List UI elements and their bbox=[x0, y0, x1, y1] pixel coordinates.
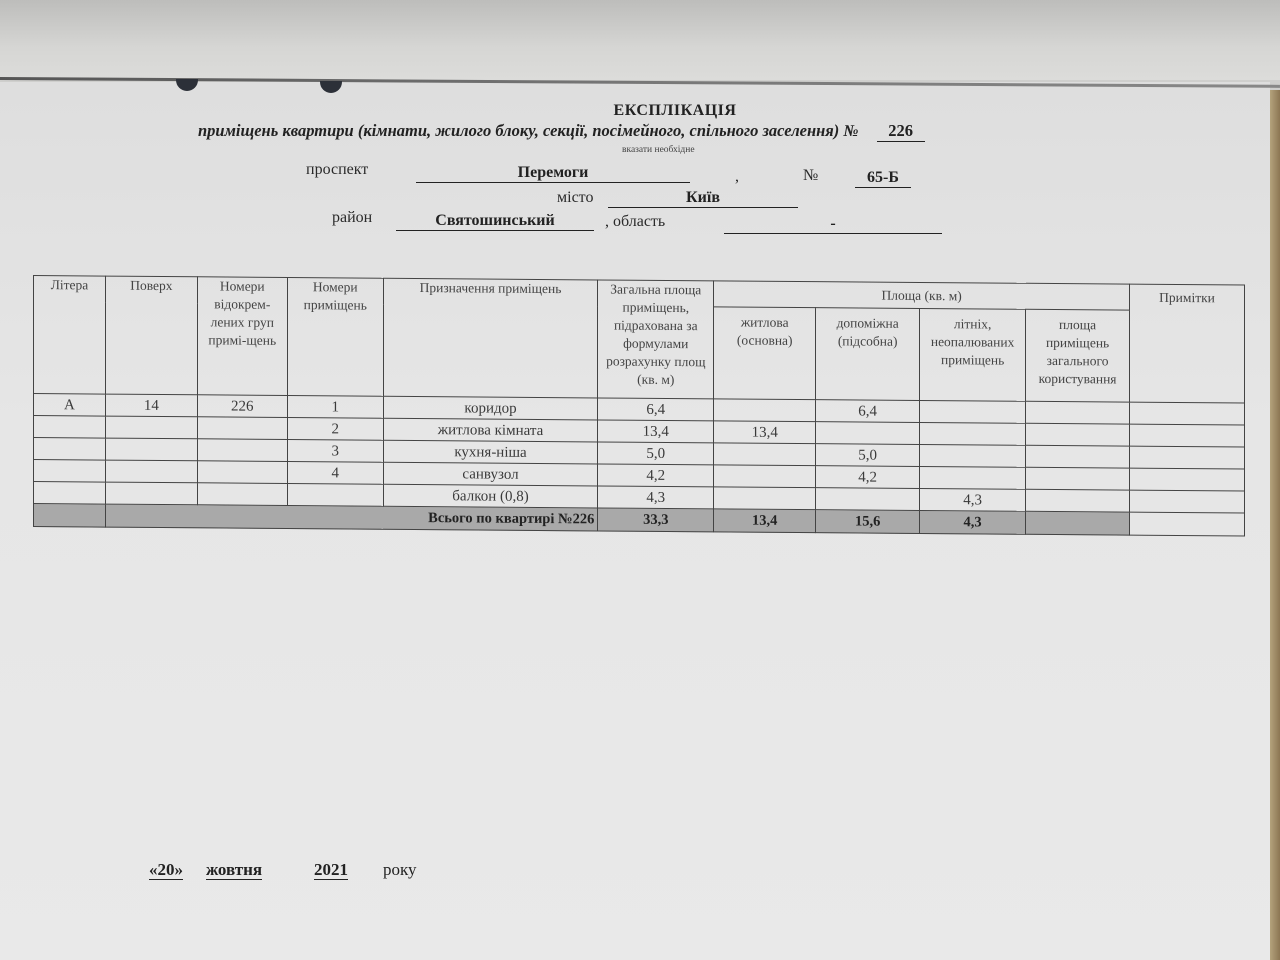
cell-living bbox=[714, 443, 816, 466]
total-living: 13,4 bbox=[714, 509, 816, 533]
cell-living: 13,4 bbox=[714, 421, 816, 444]
cell-room: 2 bbox=[287, 417, 383, 440]
cell-floor bbox=[105, 416, 197, 439]
cell-group: 226 bbox=[197, 395, 287, 418]
cell-total: 4,2 bbox=[598, 464, 714, 487]
cell-group bbox=[197, 439, 287, 462]
number-label: № bbox=[803, 167, 818, 185]
date-day: «20» bbox=[149, 860, 183, 880]
cell-floor bbox=[105, 438, 197, 461]
cell-notes bbox=[1130, 446, 1245, 469]
district-label: район bbox=[332, 209, 372, 227]
total-cell bbox=[34, 504, 106, 528]
cell-common bbox=[1026, 423, 1130, 446]
comma: , bbox=[735, 168, 739, 186]
cell-group bbox=[197, 417, 287, 440]
cell-common bbox=[1026, 401, 1130, 424]
cell-floor bbox=[105, 482, 197, 505]
street-type-label: проспект bbox=[306, 161, 368, 179]
cell-total: 6,4 bbox=[598, 398, 714, 421]
folded-top-sheet bbox=[0, 0, 1280, 80]
cell-auxiliary: 6,4 bbox=[816, 400, 920, 423]
total-common bbox=[1026, 511, 1130, 535]
header-floor: Поверх bbox=[105, 276, 197, 395]
header-total-area: Загальна площа приміщень, підрахована за… bbox=[598, 280, 714, 399]
date-year: 2021 bbox=[314, 860, 348, 880]
cell-notes bbox=[1130, 424, 1245, 447]
total-label: Всього по квартирі №226 bbox=[105, 504, 597, 531]
cell-floor bbox=[105, 460, 197, 483]
cell-room bbox=[287, 483, 383, 506]
cell-room: 3 bbox=[287, 439, 383, 462]
header-litera: Літера bbox=[34, 276, 106, 395]
total-area: 33,3 bbox=[598, 508, 714, 532]
cell-common bbox=[1026, 489, 1130, 512]
cell-room: 4 bbox=[287, 461, 383, 484]
cell-auxiliary bbox=[816, 422, 920, 445]
cell-living bbox=[714, 399, 816, 422]
cell-floor: 14 bbox=[105, 394, 197, 417]
cell-common bbox=[1026, 467, 1130, 490]
date-suffix: року bbox=[383, 860, 417, 880]
header-group-numbers: Номери відокрем-лених груп примі-щень bbox=[197, 277, 287, 396]
cell-living bbox=[714, 465, 816, 488]
header-living: житлова (основна) bbox=[714, 307, 816, 400]
header-area-group: Площа (кв. м) bbox=[714, 281, 1130, 310]
header-purpose: Призначення приміщень bbox=[383, 278, 598, 398]
table-surface bbox=[1270, 90, 1280, 960]
cell-group bbox=[197, 483, 287, 506]
total-notes bbox=[1130, 512, 1245, 536]
cell-total: 4,3 bbox=[598, 486, 714, 509]
apartment-number: 226 bbox=[877, 121, 925, 142]
header-notes: Примітки bbox=[1130, 284, 1245, 403]
cell-notes bbox=[1130, 468, 1245, 491]
cell-summer: 4,3 bbox=[920, 488, 1026, 511]
cell-auxiliary: 5,0 bbox=[816, 444, 920, 467]
cell-total: 5,0 bbox=[598, 442, 714, 465]
cell-common bbox=[1026, 445, 1130, 468]
cell-summer bbox=[920, 466, 1026, 489]
header-summer: літніх, неопалюваних приміщень bbox=[920, 308, 1026, 401]
cell-auxiliary bbox=[816, 488, 920, 511]
hint-text: вказати необхідне bbox=[622, 145, 695, 155]
cell-notes bbox=[1130, 490, 1245, 513]
cell-summer bbox=[920, 422, 1026, 445]
total-summer: 4,3 bbox=[920, 510, 1026, 534]
city-label: місто bbox=[557, 189, 593, 207]
header-common: площа приміщень загального користування bbox=[1026, 309, 1130, 402]
header-room-numbers: Номери приміщень bbox=[287, 277, 383, 396]
date-month: жовтня bbox=[206, 860, 262, 880]
cell-auxiliary: 4,2 bbox=[816, 466, 920, 489]
total-auxiliary: 15,6 bbox=[816, 510, 920, 534]
street-value: Перемоги bbox=[416, 164, 690, 183]
cell-summer bbox=[920, 400, 1026, 423]
cell-litera bbox=[34, 438, 106, 461]
cell-notes bbox=[1130, 402, 1245, 425]
cell-purpose: санвузол bbox=[383, 462, 598, 486]
cell-litera bbox=[34, 416, 106, 439]
header-auxiliary: допоміжна (підсобна) bbox=[816, 308, 920, 401]
cell-living bbox=[714, 487, 816, 510]
cell-purpose: коридор bbox=[383, 396, 598, 420]
cell-summer bbox=[920, 444, 1026, 467]
region-value: - bbox=[724, 215, 942, 234]
city-value: Київ bbox=[608, 189, 798, 208]
document-title: ЕКСПЛІКАЦІЯ bbox=[0, 102, 1280, 120]
document-subtitle: приміщень квартири (кімнати, жилого блок… bbox=[198, 121, 925, 142]
building-number: 65-Б bbox=[855, 169, 911, 188]
cell-purpose: балкон (0,8) bbox=[383, 484, 598, 508]
cell-litera: А bbox=[34, 394, 106, 417]
cell-group bbox=[197, 461, 287, 484]
explication-table: Літера Поверх Номери відокрем-лених груп… bbox=[33, 275, 1245, 537]
cell-purpose: кухня-ніша bbox=[383, 440, 598, 464]
cell-total: 13,4 bbox=[598, 420, 714, 443]
cell-room: 1 bbox=[287, 395, 383, 418]
region-label: , область bbox=[605, 213, 665, 231]
subtitle-text: приміщень квартири (кімнати, жилого блок… bbox=[198, 121, 859, 140]
district-value: Святошинський bbox=[396, 212, 594, 231]
cell-purpose: житлова кімната bbox=[383, 418, 598, 442]
cell-litera bbox=[34, 482, 106, 505]
cell-litera bbox=[34, 460, 106, 483]
